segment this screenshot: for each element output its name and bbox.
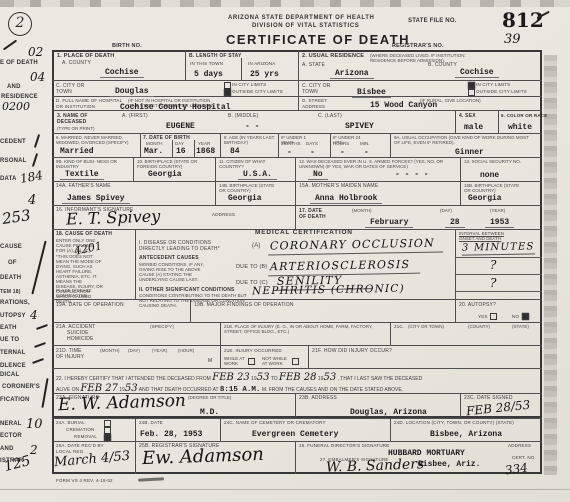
cemetery-location-value: Bisbee, Arizona	[430, 430, 502, 439]
interval-c-value: ?	[490, 276, 496, 290]
margin-and: AND	[7, 84, 21, 90]
physician-address-value: Douglas, Arizona	[350, 408, 427, 417]
page-title: CERTIFICATE OF DEATH	[226, 32, 410, 47]
dod-label: 17. DATE OF DEATH	[299, 208, 327, 220]
days-value: -	[310, 148, 315, 157]
pen-mark	[31, 241, 46, 295]
toi-day-label: (DAY)	[128, 348, 140, 353]
dod-year-value: 1953	[485, 218, 514, 228]
dod-day-label: (DAY)	[440, 208, 452, 213]
time-of-injury-label: 21D. TIME OF INJURY	[56, 348, 90, 360]
degree-title-label: (DEGREE OR TITLE)	[188, 395, 231, 400]
while-at-work-checkbox	[248, 358, 255, 365]
autopsy-yes-label: YES	[478, 314, 488, 320]
father-label: 14A. FATHER'S NAME	[56, 183, 111, 189]
res-outside-city-checkbox	[468, 89, 475, 96]
interval-b-value: ?	[490, 258, 496, 272]
res-in-city-label: IN CITY LIMITS	[476, 82, 510, 88]
cemetery-label: 24C. NAME OF CEMETERY OR CREMATORY	[224, 420, 326, 426]
death-certificate-scan: 2 ARIZONA STATE DEPARTMENT OF HEALTH DIV…	[0, 0, 570, 502]
margin-hand-04: 04	[30, 70, 45, 84]
dod-day-value: 28	[445, 218, 465, 228]
margin-hand-4b: 4	[30, 308, 38, 322]
res-in-city-checkbox	[468, 82, 475, 89]
pod-in-city-checkbox	[224, 82, 231, 89]
field3-title: 3. NAME OF DECEASED	[57, 113, 112, 125]
dod-month-value: February	[365, 218, 413, 228]
burial-checkbox	[104, 420, 111, 427]
scan-fold-line	[0, 489, 570, 490]
field1-title: 1. PLACE OF DEATH	[57, 53, 114, 59]
margin-hand-2: 2	[30, 443, 38, 457]
cause-a-pre: (A)	[252, 243, 261, 249]
residence-county-label: B. COUNTY	[428, 62, 457, 68]
informant-address-label: ADDRESS	[212, 212, 235, 218]
antecedent-note: MORBID CONDITIONS, IF ANY, GIVING RISE T…	[139, 262, 217, 282]
pen-mark	[36, 324, 48, 330]
months-label: MONTHS	[281, 141, 301, 146]
marital-label: 6. MARRIED, NEVER MARRIED, WIDOWED, DIVO…	[56, 135, 136, 145]
attended-to-value: FEB 28	[279, 372, 317, 383]
margin-cause: CAUSE	[0, 244, 22, 250]
certify-post: , THAT I LAST SAW THE DECEASED	[338, 376, 423, 382]
margin-item18: TEM 18)	[0, 289, 21, 295]
cause-b-pre: DUE TO (B)	[236, 264, 267, 270]
certify-pre: 22. I HEREBY CERTIFY THAT I ATTENDED THE…	[56, 376, 211, 382]
margin-hand-253: 253	[1, 206, 32, 228]
removal-label: REMOVAL	[74, 434, 97, 440]
field3-note: (TYPE OR PRINT)	[57, 126, 95, 131]
margin-death: DEATH	[0, 275, 21, 281]
occupation-label: 9A. USUAL OCCUPATION (GIVE KIND OF WORK …	[394, 135, 534, 145]
autopsy-no-checkbox	[522, 313, 529, 320]
margin-hand-125: 125	[2, 453, 32, 475]
res-outside-city-label: OUTSIDE CITY LIMITS	[476, 89, 527, 95]
field1c-label: C. CITY OR TOWN	[56, 83, 86, 95]
how-injury-label: 21F. HOW DID INJURY OCCUR?	[312, 348, 392, 354]
pen-mark	[34, 342, 46, 348]
corner-number: 2	[16, 15, 25, 31]
mother-bp-value: Georgia	[468, 194, 502, 203]
length-arizona-label: IN ARIZONA	[248, 61, 276, 67]
field2-title: 2. USUAL RESIDENCE	[302, 53, 364, 59]
margin-external: TERNAL	[0, 350, 26, 356]
injury-state-label: (STATE)	[512, 324, 529, 329]
cause-i-label: I. DISEASE OR CONDITIONS DIRECTLY LEADIN…	[139, 240, 229, 252]
autopsy-label: 20. AUTOPSY?	[459, 302, 496, 308]
not-while-at-work-checkbox	[292, 358, 299, 365]
residence-county-value: Cochise	[455, 68, 499, 78]
scan-artifact-top	[0, 0, 570, 7]
birth-no-label: BIRTH NO.	[112, 43, 142, 49]
margin-hand-184: 184	[19, 168, 44, 186]
state-file-number: 812	[502, 8, 544, 32]
registrar-no-label: REGISTRAR'S NO.	[392, 43, 444, 49]
margin-operations: RATIONS,	[0, 300, 30, 306]
dod-month-label: (MONTH)	[352, 208, 372, 213]
father-value: James Spivey	[62, 194, 130, 204]
street-address-label: D. STREET ADDRESS	[302, 98, 332, 110]
margin-deathdue: EATH	[0, 325, 17, 331]
county-of-death-value: Cochise	[100, 68, 144, 78]
burial-date-label: 24B. DATE	[139, 420, 163, 426]
margin-autopsy: UTOPSY	[0, 313, 26, 319]
margin-coroners: CORONER'S	[2, 384, 40, 390]
pen-mark	[3, 40, 17, 51]
burial-date-value: Feb. 28, 1953	[140, 430, 202, 439]
length-town-label: IN THIS TOWN	[190, 61, 223, 67]
removal-checkbox	[104, 434, 111, 441]
cremation-label: CREMATION	[66, 427, 94, 433]
operation-date-label: 19A. DATE OF OPERATION	[56, 302, 124, 308]
physician-degree-value: M.D.	[200, 408, 219, 417]
forces-label: 12. WAS DECEASED EVER IN U. S. ARMED FOR…	[299, 159, 454, 169]
marital-value: Married	[60, 147, 94, 156]
pen-mark	[138, 477, 164, 481]
margin-dueto: UE TO	[0, 337, 19, 343]
length-arizona-value: 25 yrs	[250, 70, 279, 79]
length-town-value: 5 days	[194, 70, 223, 79]
forces-dates-value: - - - -	[395, 170, 429, 179]
sex-label: 4. SEX	[459, 113, 476, 119]
father-bp-value: Georgia	[228, 194, 262, 203]
operation-findings-label: 19B. MAJOR FINDINGS OF OPERATION	[194, 302, 294, 308]
toi-month-label: (MONTH)	[100, 348, 120, 353]
interval-a-value: 3 MINUTES	[462, 241, 535, 255]
ssn-label: 13. SOCIAL SECURITY NO.	[464, 159, 534, 164]
residence-city-value: Bisbee	[352, 88, 391, 98]
margin-of: OF	[8, 260, 17, 266]
dod-year-label: (YEAR)	[490, 208, 505, 213]
dob-month-value: Mar.	[144, 147, 163, 156]
cemetery-value: Evergreen Cemetery	[252, 430, 338, 439]
injury-21c-label: 21C.	[394, 324, 404, 330]
months-value: -	[287, 148, 292, 157]
dept-line2: DIVISION OF VITAL STATISTICS	[252, 23, 359, 29]
margin-hand-02: 02	[28, 45, 43, 59]
margin-certification: FICATION	[0, 397, 30, 403]
citizen-value: U.S.A.	[238, 170, 277, 180]
mother-bp-label: 15B. BIRTHPLACE (STATE OR COUNTRY)	[464, 183, 524, 193]
place-of-injury-label: 21B. PLACE OF INJURY (E. G., IN OR ABOUT…	[224, 324, 384, 334]
toi-year-label: (YEAR)	[152, 348, 167, 353]
dept-line1: ARIZONA STATE DEPARTMENT OF HEALTH	[228, 15, 374, 21]
residence-state-label: A. STATE	[302, 62, 325, 68]
while-at-work-label: WHILE AT WORK	[224, 356, 246, 366]
margin-and2: AND	[0, 446, 14, 452]
certify-to-label: TO	[271, 376, 278, 382]
physician-address-label: 23B. ADDRESS	[299, 395, 337, 401]
name-first-value: EUGENE	[166, 122, 195, 131]
dob-year-value: 1868	[196, 147, 215, 156]
injury-county-label: (COUNTY)	[468, 324, 490, 329]
pen-mark	[41, 378, 48, 408]
city-of-death-value: Douglas	[110, 87, 154, 97]
margin-medical: DICAL	[0, 372, 19, 378]
interval-label: INTERVAL BETWEEN ONSET AND DEATH	[459, 231, 519, 241]
cremation-checkbox	[104, 427, 111, 434]
homicide-label: HOMICIDE	[67, 336, 94, 342]
margin-director: ECTOR	[0, 433, 22, 439]
funeral-home-address-value: Bisbee, Ariz.	[418, 460, 480, 469]
funeral-address-label: ADDRESS	[508, 443, 531, 449]
margin-personal: RSONAL	[0, 158, 27, 164]
age-label: 8. AGE (IN YEARS LAST BIRTHDAY)	[224, 135, 276, 145]
pen-mark	[34, 134, 40, 148]
medical-certification-title: MEDICAL CERTIFICATION	[255, 230, 353, 236]
dob-month-label: MONTH	[146, 141, 163, 146]
cause-note3: PLACE DISEASE CONTRACTED.	[56, 288, 104, 298]
pod-outside-city-label: OUTSIDE CITY LIMITS	[232, 89, 283, 95]
attended-from-year: 53	[257, 372, 270, 383]
cemetery-location-label: 24D. LOCATION (CITY, TOWN, OR COUNTY) (S…	[394, 420, 514, 426]
birthplace-label: 10. BIRTHPLACE (STATE OR FOREIGN COUNTRY…	[137, 159, 209, 169]
min-value: -	[364, 148, 369, 157]
cause-a-value: CORONARY OCCLUSION	[268, 236, 443, 255]
field1d-label: D. FULL NAME OF HOSPITAL OR INSTITUTION	[56, 98, 126, 110]
length-divider	[241, 58, 242, 80]
embalmer-cert-value: 334	[504, 460, 529, 477]
pod-in-city-label: IN CITY LIMITS	[232, 82, 266, 88]
attended-from-value: FEB 23	[212, 372, 250, 383]
business-label: 9B. KIND OF BUSI- NESS OR INDUSTRY	[56, 159, 126, 169]
informant-signature: E. T. Spivey	[66, 206, 161, 228]
margin-data: DATA	[0, 176, 17, 182]
field1b-label: B. LENGTH OF STAY	[189, 53, 242, 59]
father-bp-label: 14B. BIRTHPLACE (STATE OR COUNTRY)	[219, 183, 279, 193]
birthplace-value: Georgia	[148, 170, 182, 179]
field1a-label: A. COUNTY	[62, 60, 91, 66]
residence-city-label: C. CITY OR TOWN	[302, 83, 332, 95]
race-label: 5. COLOR OR RACE	[501, 113, 547, 119]
autopsy-yes-checkbox	[490, 313, 497, 320]
days-label: DAYS	[306, 141, 318, 146]
name-last-value: SPIVEY	[345, 122, 374, 131]
residence-state-value: Arizona	[330, 69, 374, 79]
antecedent-label: ANTECEDENT CAUSES	[139, 255, 199, 261]
not-while-at-work-label: NOT WHILE AT WORK	[262, 356, 288, 366]
toi-m-label: M	[208, 358, 212, 364]
age-value: 84	[230, 147, 240, 156]
burial-label: 24A. BURIAL	[56, 420, 85, 426]
registrar-signature: Ew. Adamson	[142, 444, 265, 469]
name-middle-value: - -	[245, 122, 259, 131]
dob-day-value: 16	[176, 147, 186, 156]
cause-title: 18. CAUSE OF DEATH	[56, 231, 112, 237]
certify-line1: 22. I HEREBY CERTIFY THAT I ATTENDED THE…	[56, 372, 538, 383]
pod-outside-city-checkbox	[224, 89, 231, 96]
mother-label: 15A. MOTHER'S MAIDEN NAME	[299, 183, 378, 189]
margin-funeral: NERAL	[0, 421, 22, 427]
page-corner-mark: 2	[8, 12, 32, 36]
margin-hand-10: 10	[26, 417, 43, 432]
attended-to-year: 53	[323, 372, 336, 383]
margin-decedent: CEDENT	[0, 139, 26, 145]
dob-day-label: DAY	[175, 141, 184, 146]
race-value: white	[508, 123, 532, 132]
injury-occurred-label: 21E. INJURY OCCURRED	[224, 348, 282, 354]
hours-label: HOURS	[333, 141, 349, 146]
injury-city-label: (CITY OR TOWN)	[408, 324, 444, 329]
citizen-label: 11. CITIZEN OF WHAT COUNTRY?	[219, 159, 289, 169]
forces-value: No	[308, 170, 328, 180]
toi-hour-label: (HOUR)	[178, 348, 194, 353]
name-middle-label: B. (MIDDLE)	[228, 113, 259, 119]
specify-label: (SPECIFY)	[150, 324, 174, 330]
margin-hand-0200: 0200	[2, 100, 30, 113]
registrar-no-value: 39	[504, 32, 521, 47]
state-file-label: STATE FILE NO.	[408, 18, 457, 24]
form-number: FORM VS 4 REV. 4-15-52	[56, 478, 113, 484]
margin-violence: DLENCE	[0, 363, 26, 369]
business-value: Textile	[60, 170, 104, 180]
funeral-director-label: 26. FUNERAL DIRECTOR'S SIGNATURE	[299, 443, 389, 449]
name-last-label: C. (LAST)	[318, 113, 342, 119]
margin-place-of-death: E OF DEATH	[0, 60, 38, 66]
embalmer-signature: W. B. Sanders	[326, 456, 425, 475]
hours-value: -	[340, 148, 345, 157]
ssn-value: none	[480, 171, 499, 180]
autopsy-no-label: NO	[512, 314, 519, 320]
pen-mark	[32, 358, 44, 364]
sex-value: male	[464, 123, 483, 132]
pen-mark	[32, 153, 38, 167]
dob-year-label: YEAR	[198, 141, 210, 146]
name-first-label: A. (FIRST)	[122, 113, 148, 119]
min-label: MIN.	[360, 141, 370, 146]
mother-value: Anna Holbrook	[310, 194, 382, 204]
